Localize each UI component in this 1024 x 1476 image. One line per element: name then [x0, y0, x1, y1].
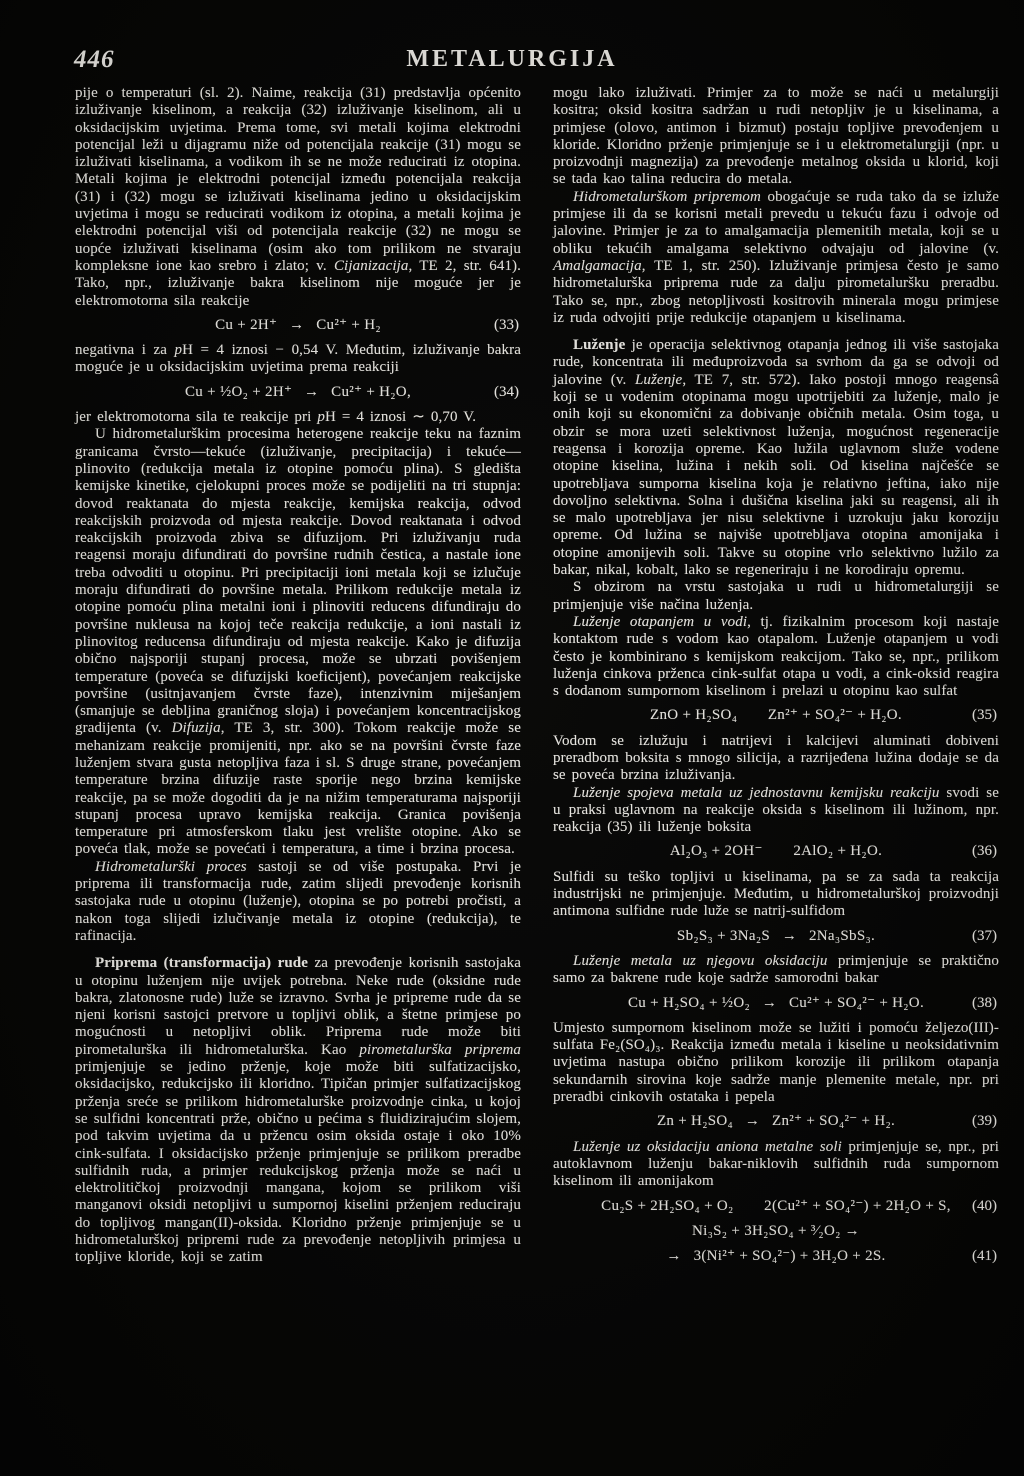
equation-number: (35) — [972, 707, 997, 724]
paragraph: Luženje je operacija selektivnog otapanj… — [553, 337, 999, 579]
text-segment: Luženje — [573, 337, 625, 353]
text-segment: Difuzija — [172, 720, 221, 736]
text-segment: Luženje spojeva metala uz jednostavnu ke… — [573, 785, 939, 801]
text-segment: S obzirom na vrstu sastojaka u rudi u hi… — [553, 579, 999, 612]
text-segment: pije o temperaturi (sl. 2). Naime, reakc… — [75, 85, 521, 274]
paragraph: Luženje metala uz njegovu oksidaciju pri… — [553, 953, 999, 988]
two-column-text-body: pije o temperaturi (sl. 2). Naime, reakc… — [75, 85, 999, 1273]
page-title: METALURGIJA — [0, 46, 1024, 73]
left-column: pije o temperaturi (sl. 2). Naime, reakc… — [75, 85, 521, 1273]
paragraph: negativna i za pH = 4 iznosi − 0,54 V. M… — [75, 342, 521, 377]
equation-number: (40) — [972, 1198, 997, 1215]
paragraph: Vodom se izlužuju i natrijevi i kalcijev… — [553, 733, 999, 785]
paragraph: Hidrometalurškom pripremom obogaćuje se … — [553, 189, 999, 327]
equation: Ni₃S₂ + 3H₂SO₄ + ³⁄₂O₂ → — [553, 1223, 999, 1240]
equation: ZnO + H₂SO₄ Zn²⁺ + SO₄²⁻ + H₂O.(35) — [553, 707, 999, 724]
paragraph: Umjesto sumpornom kiselinom može se luži… — [553, 1020, 999, 1106]
equation-formula: Cu + 2H⁺ → Cu²⁺ + H₂ — [215, 317, 381, 333]
equation-number: (36) — [972, 843, 997, 860]
text-segment: , TE 3, str. 300). Tokom reakcije može s… — [75, 720, 521, 857]
paragraph: Sulfidi su teško topljivi u kiselinama, … — [553, 869, 999, 921]
text-segment: Cijanizacija — [334, 258, 409, 274]
text-segment: U hidrometalurškim procesima heterogene … — [75, 426, 521, 736]
equation: Cu + ½O₂ + 2H⁺ → Cu²⁺ + H₂O,(34) — [75, 384, 521, 401]
text-segment: Luženje metala uz njegovu oksidaciju — [573, 953, 828, 969]
text-segment: Amalgamacija — [553, 258, 642, 274]
text-segment: Hidrometalurškom pripremom — [573, 189, 761, 205]
paragraph: mogu lako izluživati. Primjer za to može… — [553, 85, 999, 189]
equation: Cu + 2H⁺ → Cu²⁺ + H₂(33) — [75, 317, 521, 334]
text-segment: p — [174, 342, 182, 358]
equation-number: (34) — [494, 384, 519, 401]
equation: Cu₂S + 2H₂SO₄ + O₂ 2(Cu²⁺ + SO₄²⁻) + 2H₂… — [553, 1198, 999, 1215]
text-segment: Luženje otapanjem u vodi — [573, 614, 747, 630]
equation-number: (38) — [972, 995, 997, 1012]
paragraph: Hidrometalurški proces sastoji se od viš… — [75, 859, 521, 945]
right-column: mogu lako izluživati. Primjer za to može… — [553, 85, 999, 1273]
paragraph: S obzirom na vrstu sastojaka u rudi u hi… — [553, 579, 999, 614]
text-segment: Luženje uz oksidaciju aniona metalne sol… — [573, 1139, 842, 1155]
equation-formula: Al₂O₃ + 2OH⁻ 2AlO₂ + H₂O. — [670, 843, 882, 859]
text-segment: Hidrometalurški proces — [95, 859, 247, 875]
equation-formula: Cu + H₂SO₄ + ½O₂ → Cu²⁺ + SO₄²⁻ + H₂O. — [628, 995, 924, 1011]
text-segment: negativna i za — [75, 342, 174, 358]
paragraph: jer elektromotorna sila te reakcije pri … — [75, 409, 521, 426]
equation-number: (33) — [494, 317, 519, 334]
text-segment: H = 4 iznosi ∼ 0,70 V. — [325, 409, 476, 425]
equation: Al₂O₃ + 2OH⁻ 2AlO₂ + H₂O.(36) — [553, 843, 999, 860]
paragraph: Priprema (transformacija) rude za prevođ… — [75, 955, 521, 1266]
equation-formula: ZnO + H₂SO₄ Zn²⁺ + SO₄²⁻ + H₂O. — [650, 707, 902, 723]
text-segment: , TE 7, str. 572). Iako postoji mnogo re… — [553, 372, 999, 578]
equation-formula: → 3(Ni²⁺ + SO₄²⁻) + 3H₂O + 2S. — [666, 1248, 885, 1264]
equation-number: (37) — [972, 928, 997, 945]
scanned-book-page: 446 METALURGIJA pije o temperaturi (sl. … — [0, 0, 1024, 1476]
paragraph: Luženje otapanjem u vodi, tj. fizikalnim… — [553, 614, 999, 700]
text-segment: pirometalurška priprema — [359, 1042, 521, 1058]
equation: Zn + H₂SO₄ → Zn²⁺ + SO₄²⁻ + H₂.(39) — [553, 1113, 999, 1130]
page-header: 446 METALURGIJA — [0, 46, 1024, 76]
paragraph: U hidrometalurškim procesima heterogene … — [75, 426, 521, 858]
equation-formula: Zn + H₂SO₄ → Zn²⁺ + SO₄²⁻ + H₂. — [657, 1113, 895, 1129]
text-segment: Vodom se izlužuju i natrijevi i kalcijev… — [553, 733, 999, 784]
equation-formula: Ni₃S₂ + 3H₂SO₄ + ³⁄₂O₂ → — [692, 1223, 860, 1239]
equation-formula: Cu + ½O₂ + 2H⁺ → Cu²⁺ + H₂O, — [185, 384, 411, 400]
text-segment: primjenjuje se jedino prženje, koje može… — [75, 1059, 521, 1265]
equation: Cu + H₂SO₄ + ½O₂ → Cu²⁺ + SO₄²⁻ + H₂O.(3… — [553, 995, 999, 1012]
equation-number: (41) — [972, 1248, 997, 1265]
equation: → 3(Ni²⁺ + SO₄²⁻) + 3H₂O + 2S.(41) — [553, 1248, 999, 1265]
equation-formula: Sb₂S₃ + 3Na₂S → 2Na₃SbS₃. — [677, 928, 875, 944]
equation: Sb₂S₃ + 3Na₂S → 2Na₃SbS₃.(37) — [553, 928, 999, 945]
text-segment: jer elektromotorna sila te reakcije pri — [75, 409, 317, 425]
paragraph: pije o temperaturi (sl. 2). Naime, reakc… — [75, 85, 521, 310]
text-segment: Priprema (transformacija) rude — [95, 955, 308, 971]
paragraph: Luženje uz oksidaciju aniona metalne sol… — [553, 1139, 999, 1191]
text-segment: mogu lako izluživati. Primjer za to može… — [553, 85, 999, 187]
text-segment: p — [317, 409, 325, 425]
text-segment: Sulfidi su teško topljivi u kiselinama, … — [553, 869, 999, 920]
equation-formula: Cu₂S + 2H₂SO₄ + O₂ 2(Cu²⁺ + SO₄²⁻) + 2H₂… — [601, 1198, 951, 1214]
page-number: 446 — [74, 46, 115, 74]
equation-number: (39) — [972, 1113, 997, 1130]
paragraph: Luženje spojeva metala uz jednostavnu ke… — [553, 785, 999, 837]
text-segment: Luženje — [635, 372, 682, 388]
text-segment: Umjesto sumpornom kiselinom može se luži… — [553, 1020, 999, 1105]
